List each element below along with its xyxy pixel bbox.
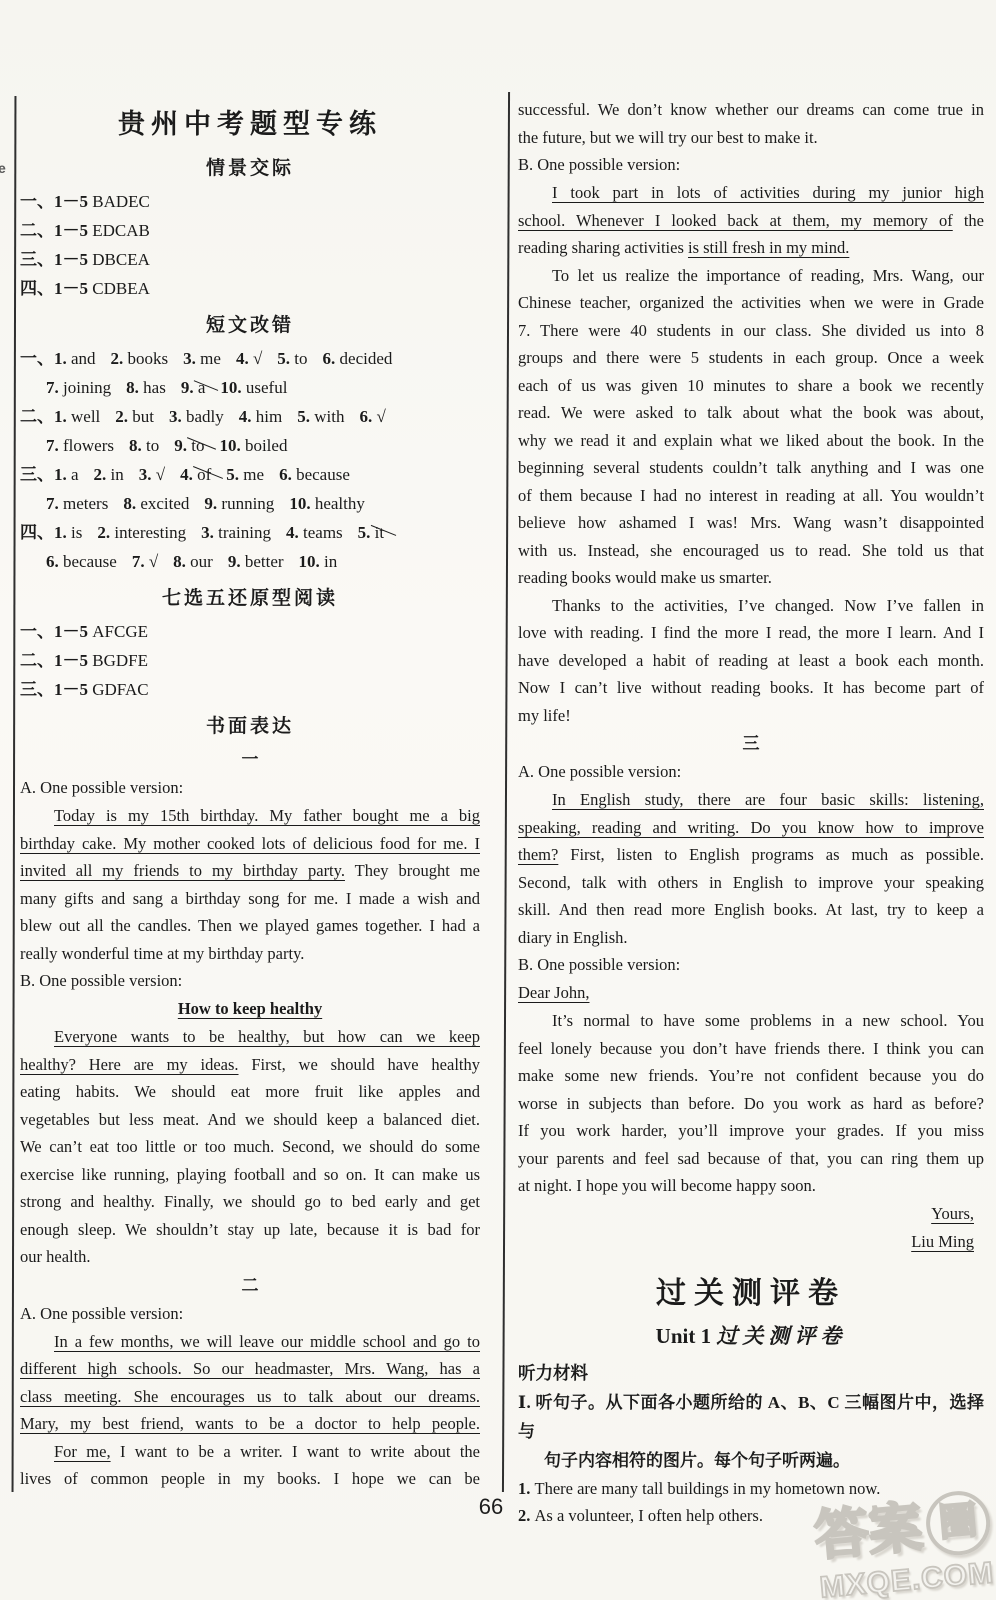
answer-lead: 三、1－5 — [20, 250, 88, 269]
text-line: It’s normal to have some problems in a n… — [518, 1007, 984, 1035]
text-line: Mary, my best friend, wants to be a doct… — [20, 1410, 480, 1438]
text-line: If you work harder, you’ll improve your … — [518, 1117, 984, 1145]
correction-item: 3. training — [201, 518, 271, 547]
text-run: For me, — [54, 1442, 111, 1461]
salutation-line: Dear John, — [518, 979, 984, 1007]
text-run: the future, but we will try our best to … — [518, 128, 818, 147]
left-column: 贵州中考题型专练情景交际一、1－5 BADEC二、1－5 EDCAB三、1－5 … — [20, 100, 480, 1493]
essay-index-heading: 一 — [20, 745, 480, 774]
text-line: We can’t eat too little or too much. Sec… — [20, 1133, 480, 1161]
answer-letters: BADEC — [88, 192, 150, 211]
text-run: I took part in lots of activities during… — [552, 183, 984, 202]
text-line: Today is my 15th birthday. My father bou… — [20, 802, 480, 830]
text-run: Chinese teacher, organized the activitie… — [518, 293, 984, 312]
text-run: really wonderful time at my birthday par… — [20, 944, 304, 963]
correction-item: 3. me — [183, 344, 221, 373]
text-run: Ⅰ. 听句子。从下面各小题所给的 A、B、C 三幅图片中，选择与 — [518, 1393, 984, 1441]
answer-lead: 一、1－5 — [20, 192, 88, 211]
text-line: school. Whenever I looked back at them, … — [518, 207, 984, 235]
unit-test-heading: Unit 1 过关测评卷 — [518, 1320, 984, 1350]
answer-lead: 一、1－5 — [20, 622, 88, 641]
text-line: worse in subjects than before. Do you wo… — [518, 1090, 984, 1118]
correction-item: 2. interesting — [97, 518, 186, 547]
item-number: 1. — [54, 523, 71, 542]
correction-item: 9. a — [181, 373, 206, 402]
text-line: strong and healthy. Finally, we should g… — [20, 1188, 480, 1216]
correction-answer-line: 三、1. a2. in3. √4. of5. me6. because — [20, 460, 480, 489]
text-run: skill. And then read more English books.… — [518, 900, 984, 919]
signature-text: Liu Ming — [911, 1232, 974, 1251]
text-line: our health. — [20, 1243, 480, 1271]
item-value: well — [71, 407, 100, 426]
text-run: speaking, reading and writing. Do you kn… — [518, 818, 984, 837]
item-value: interesting — [114, 523, 186, 542]
text-run: eating habits. We should eat more fruit … — [20, 1082, 480, 1101]
item-number: 4. — [286, 523, 303, 542]
text-run: diary in English. — [518, 928, 628, 947]
text-line: In English study, there are four basic s… — [518, 786, 984, 814]
item-number: 3. — [139, 465, 156, 484]
item-number: 7. — [46, 494, 63, 513]
item-value: to — [146, 436, 159, 455]
text-line: my life! — [518, 702, 984, 730]
version-label: A. One possible version: — [518, 758, 984, 786]
text-line: birthday cake. My mother cooked lots of … — [20, 830, 480, 858]
text-run: your parents and feel sad because of tha… — [518, 1149, 984, 1168]
item-value: our — [190, 552, 213, 571]
text-line: believe how ashamed I was! Mrs. Wang was… — [518, 509, 984, 537]
answer-letters: GDFAC — [88, 680, 149, 699]
item-number: 6. — [46, 552, 63, 571]
correction-item: 7. √ — [132, 547, 158, 576]
left-border-line — [12, 96, 17, 1492]
correction-item: 6. decided — [323, 344, 393, 373]
correction-item: 9. running — [204, 489, 274, 518]
item-number: 9. — [228, 552, 245, 571]
item-value: badly — [186, 407, 224, 426]
item-number: 1. — [54, 465, 71, 484]
text-line: For me, I want to be a writer. I want to… — [20, 1438, 480, 1466]
text-line: Everyone wants to be healthy, but how ca… — [20, 1023, 480, 1051]
signature-line: Yours, — [518, 1200, 984, 1228]
item-number: 2. — [94, 465, 111, 484]
item-number: 8. — [123, 494, 140, 513]
item-number: 7. — [46, 436, 63, 455]
text-line: feel lonely because you don’t have frien… — [518, 1035, 984, 1063]
text-line: 句子内容相符的图片。每个句子听两遍。 — [518, 1446, 984, 1475]
answer-letters: DBCEA — [88, 250, 150, 269]
text-run: Now I can’t live without reading books. … — [518, 678, 984, 697]
text-run: In English study, there are four basic s… — [552, 790, 984, 809]
text-line: many gifts and sang a birthday song for … — [20, 885, 480, 913]
correction-item: 7. meters — [46, 489, 108, 518]
item-value: √ — [156, 465, 165, 484]
correction-item: 1. and — [54, 344, 96, 373]
text-line: diary in English. — [518, 924, 984, 952]
text-line: Now I can’t live without reading books. … — [518, 674, 984, 702]
answer-lead: 四、1－5 — [20, 279, 88, 298]
text-run: them? — [518, 845, 558, 864]
text-run: In a few months, we will leave our middl… — [54, 1332, 480, 1351]
answer-lead: 二、 — [20, 407, 54, 426]
item-number: 7. — [132, 552, 149, 571]
item-value: has — [143, 378, 166, 397]
item-number: 6. — [323, 349, 340, 368]
text-run: many gifts and sang a birthday song for … — [20, 889, 480, 908]
section-heading: 七选五还原型阅读 — [20, 583, 480, 610]
text-run: I want to be a writer. I want to write a… — [111, 1442, 480, 1461]
item-value: to — [294, 349, 307, 368]
item-value: boiled — [245, 436, 288, 455]
answer-line: 三、1－5 GDFAC — [20, 675, 480, 704]
text-line: skill. And then read more English books.… — [518, 896, 984, 924]
correction-item: 4. √ — [236, 344, 262, 373]
text-run: vegetables but less meat. And we should … — [20, 1110, 480, 1129]
correction-item: 10. in — [299, 547, 338, 576]
correction-item: 8. has — [126, 373, 166, 402]
text-run: feel lonely because you don’t have frien… — [518, 1039, 984, 1058]
answer-lead: 三、1－5 — [20, 680, 88, 699]
correction-item: 3. badly — [169, 402, 224, 431]
correction-item: 2. in — [94, 460, 124, 489]
text-run: birthday cake. My mother cooked lots of … — [20, 834, 480, 853]
watermark-brand-text: 答案 — [812, 1497, 925, 1566]
item-value-struck: of — [197, 460, 211, 489]
text-run: healthy? Here are my ideas. — [20, 1055, 239, 1074]
section-heading: 短文改错 — [20, 310, 480, 337]
item-number: 10. — [219, 436, 245, 455]
answer-line: 一、1－5 AFCGE — [20, 617, 480, 646]
text-line: In a few months, we will leave our middl… — [20, 1328, 480, 1356]
version-label: B. One possible version: — [518, 151, 984, 179]
correction-answer-line: 7. meters8. excited9. running10. healthy — [20, 489, 480, 518]
text-run: class meeting. She encourages us to talk… — [20, 1387, 480, 1406]
item-number: 5. — [277, 349, 294, 368]
correction-item: 10. healthy — [289, 489, 365, 518]
text-line: Chinese teacher, organized the activitie… — [518, 289, 984, 317]
answer-line: 四、1－5 CDBEA — [20, 274, 480, 303]
text-run: is still fresh in my mind. — [688, 238, 849, 257]
version-label: B. One possible version: — [20, 967, 480, 995]
text-run: invited all my friends to my birthday pa… — [20, 861, 345, 880]
item-value-struck: a — [198, 373, 206, 402]
text-run: To let us realize the importance of read… — [552, 266, 984, 285]
answer-line: 三、1－5 DBCEA — [20, 245, 480, 274]
correction-item: 1. a — [54, 460, 79, 489]
text-run: exercise like running, playing football … — [20, 1165, 480, 1184]
text-run: each of us was given 10 minutes to share… — [518, 376, 984, 395]
correction-item: 6. because — [46, 547, 117, 576]
item-number: 4. — [239, 407, 256, 426]
item-number: 6. — [359, 407, 376, 426]
text-line: groups and there were 5 students in each… — [518, 344, 984, 372]
text-run: why we read it and explain what we liked… — [518, 431, 984, 450]
version-label: B. One possible version: — [518, 951, 984, 979]
text-run: strong and healthy. Finally, we should g… — [20, 1192, 480, 1211]
item-number: 9. — [204, 494, 221, 513]
answer-lead: 三、 — [20, 465, 54, 484]
text-line: healthy? Here are my ideas. First, we sh… — [20, 1051, 480, 1079]
text-line: 7. There were 40 students in our class. … — [518, 317, 984, 345]
item-number: 3. — [201, 523, 218, 542]
text-run: of them because I had no interest in rea… — [518, 486, 984, 505]
correction-answer-line: 一、1. and2. books3. me4. √5. to6. decided — [20, 344, 480, 373]
correction-item: 4. of — [180, 460, 211, 489]
item-value: decided — [340, 349, 393, 368]
text-line: lives of common people in my books. I ho… — [20, 1465, 480, 1493]
text-line: blew out all the candles. Then we played… — [20, 912, 480, 940]
correction-item: 5. me — [226, 460, 264, 489]
item-number: 5. — [226, 465, 243, 484]
item-value: books — [128, 349, 169, 368]
text-line: love with reading. I find the more I rea… — [518, 619, 984, 647]
unit-label: Unit 1 — [656, 1324, 717, 1348]
text-run: 7. There were 40 students in our class. … — [518, 321, 984, 340]
item-number: 8. — [126, 378, 143, 397]
text-line: read. We were asked to talk about what t… — [518, 399, 984, 427]
right-column: successful. We don’t know whether our dr… — [518, 96, 984, 1530]
correction-answer-line: 7. joining8. has9. a10. useful — [20, 373, 480, 402]
text-run: believe how ashamed I was! Mrs. Wang was… — [518, 513, 984, 532]
version-label: A. One possible version: — [20, 774, 480, 802]
correction-item: 1. is — [54, 518, 82, 547]
answer-letters: AFCGE — [88, 622, 148, 641]
text-line: reading sharing activities is still fres… — [518, 234, 984, 262]
text-line: successful. We don’t know whether our dr… — [518, 96, 984, 124]
text-line: your parents and feel sad because of tha… — [518, 1145, 984, 1173]
text-run: If you work harder, you’ll improve your … — [518, 1121, 984, 1140]
item-value: in — [111, 465, 124, 484]
text-run: Mary, my best friend, wants to be a doct… — [20, 1414, 480, 1433]
item-value: him — [256, 407, 282, 426]
item-value: because — [63, 552, 117, 571]
correction-item: 2. but — [115, 402, 154, 431]
item-value: a — [71, 465, 79, 484]
text-run: different high schools. So our headmaste… — [20, 1359, 480, 1378]
text-run: my life! — [518, 706, 571, 725]
item-value: better — [245, 552, 284, 571]
correction-item: 5. it — [358, 518, 384, 547]
item-value: √ — [253, 349, 262, 368]
text-line: Second, talk with others in English to i… — [518, 869, 984, 897]
text-line: invited all my friends to my birthday pa… — [20, 857, 480, 885]
item-value: √ — [149, 552, 158, 571]
salutation-text: Dear John, — [518, 983, 589, 1002]
correction-answer-line: 二、1. well2. but3. badly4. him5. with6. √ — [20, 402, 480, 431]
answer-letters: CDBEA — [88, 279, 150, 298]
text-line: of them because I had no interest in rea… — [518, 482, 984, 510]
correction-item: 6. √ — [359, 402, 385, 431]
text-line: beginning several students couldn’t talk… — [518, 454, 984, 482]
text-line: speaking, reading and writing. Do you kn… — [518, 814, 984, 842]
item-number: 1. — [54, 349, 71, 368]
text-run: Second, talk with others in English to i… — [518, 873, 984, 892]
text-line: with us. Instead, she encouraged us to r… — [518, 537, 984, 565]
text-line: class meeting. She encourages us to talk… — [20, 1383, 480, 1411]
listening-material-label: 听力材料 — [518, 1358, 984, 1388]
answer-line: 二、1－5 EDCAB — [20, 216, 480, 245]
text-run: reading sharing activities — [518, 238, 688, 257]
item-value-struck: it — [375, 518, 384, 547]
item-number: 10. — [220, 378, 246, 397]
item-number: 10. — [289, 494, 315, 513]
item-value: healthy — [315, 494, 365, 513]
item-number: 1. — [54, 407, 71, 426]
text-run: read. We were asked to talk about what t… — [518, 403, 984, 422]
text-line: Thanks to the activities, I’ve changed. … — [518, 592, 984, 620]
item-value: but — [132, 407, 154, 426]
answer-lead: 四、 — [20, 523, 54, 542]
answer-letters: EDCAB — [88, 221, 150, 240]
answer-line: 二、1－5 BGDFE — [20, 646, 480, 675]
answer-lead: 二、1－5 — [20, 651, 88, 670]
text-run: successful. We don’t know whether our dr… — [518, 100, 984, 119]
text-run: It’s normal to have some problems in a n… — [552, 1011, 984, 1030]
correction-answer-line: 6. because7. √8. our9. better10. in — [20, 547, 480, 576]
text-line: really wonderful time at my birthday par… — [20, 940, 480, 968]
text-line: have developed a habit of reading at lea… — [518, 647, 984, 675]
item-value: is — [71, 523, 82, 542]
text-run: Everyone wants to be healthy, but how ca… — [54, 1027, 480, 1046]
text-line: reading books would make us smarter. — [518, 564, 984, 592]
signature-line: Liu Ming — [518, 1228, 984, 1256]
item-value: running — [221, 494, 274, 513]
correction-item: 6. because — [279, 460, 350, 489]
item-value: and — [71, 349, 96, 368]
item-value: √ — [376, 407, 385, 426]
item-number: 8. — [129, 436, 146, 455]
text-line: make some new friends. You’re not confid… — [518, 1062, 984, 1090]
text-run: at night. I hope you will become happy s… — [518, 1176, 816, 1195]
text-run: First, listen to English programs as muc… — [558, 845, 984, 864]
text-line: each of us was given 10 minutes to share… — [518, 372, 984, 400]
text-run: worse in subjects than before. Do you wo… — [518, 1094, 984, 1113]
answer-lead: 二、1－5 — [20, 221, 88, 240]
correction-item: 8. excited — [123, 489, 189, 518]
item-value: in — [324, 552, 337, 571]
item-number: 6. — [279, 465, 296, 484]
item-number: 7. — [46, 378, 63, 397]
correction-item: 5. with — [297, 402, 344, 431]
correction-item: 1. well — [54, 402, 100, 431]
answer-letters: BGDFE — [88, 651, 148, 670]
text-line: eating habits. We should eat more fruit … — [20, 1078, 480, 1106]
correction-item: 3. √ — [139, 460, 165, 489]
text-line: I took part in lots of activities during… — [518, 179, 984, 207]
correction-item: 8. our — [173, 547, 213, 576]
text-line: them? First, listen to English programs … — [518, 841, 984, 869]
item-value: meters — [63, 494, 108, 513]
text-line: at night. I hope you will become happy s… — [518, 1172, 984, 1200]
text-run: reading books would make us smarter. — [518, 568, 772, 587]
signature-text: Yours, — [931, 1204, 974, 1223]
text-run: Today is my 15th birthday. My father bou… — [54, 806, 480, 825]
item-number: 2. — [97, 523, 114, 542]
item-number: 4. — [236, 349, 253, 368]
text-line: vegetables but less meat. And we should … — [20, 1106, 480, 1134]
column-divider-line — [502, 92, 510, 1492]
item-value: me — [200, 349, 221, 368]
text-run: lives of common people in my books. I ho… — [20, 1469, 480, 1488]
item-number: 3. — [169, 407, 186, 426]
correction-item: 8. to — [129, 431, 159, 460]
item-number: 5. — [297, 407, 314, 426]
text-line: enough sleep. We shouldn’t stay up late,… — [20, 1216, 480, 1244]
text-run: They brought me — [345, 861, 480, 880]
item-number: 10. — [299, 552, 325, 571]
item-value: flowers — [63, 436, 114, 455]
text-run: the — [953, 211, 984, 230]
correction-answer-line: 7. flowers8. to9. to10. boiled — [20, 431, 480, 460]
text-run: have developed a habit of reading at lea… — [518, 651, 984, 670]
text-run: Thanks to the activities, I’ve changed. … — [552, 596, 984, 615]
section-heading: 情景交际 — [20, 153, 480, 180]
item-value: teams — [303, 523, 343, 542]
item-value: me — [243, 465, 264, 484]
text-run: love with reading. I find the more I rea… — [518, 623, 984, 642]
text-run: First, we should have healthy — [239, 1055, 480, 1074]
text-run: our health. — [20, 1247, 91, 1266]
test-section-title: 过关测评卷 — [518, 1268, 984, 1312]
correction-item: 4. teams — [286, 518, 343, 547]
item-value: with — [314, 407, 344, 426]
correction-item: 9. better — [228, 547, 284, 576]
text-line: why we read it and explain what we liked… — [518, 427, 984, 455]
answer-line: 一、1－5 BADEC — [20, 187, 480, 216]
text-run: We can’t eat too little or too much. Sec… — [20, 1137, 480, 1156]
essay-index-heading: 二 — [20, 1271, 480, 1300]
text-run: beginning several students couldn’t talk… — [518, 458, 984, 477]
section-heading: 书面表达 — [20, 711, 480, 738]
text-run: school. Whenever I looked back at them, … — [518, 211, 953, 230]
item-number: 2. — [115, 407, 132, 426]
item-value: training — [218, 523, 271, 542]
item-number: 8. — [173, 552, 190, 571]
watermark-circle-glyph: 圈 — [923, 1489, 992, 1558]
essay-title-text: How to keep healthy — [178, 999, 322, 1018]
essay-title: How to keep healthy — [20, 995, 480, 1023]
item-value: because — [296, 465, 350, 484]
correction-item: 9. to — [174, 431, 204, 460]
correction-item: 7. flowers — [46, 431, 114, 460]
item-number: 2. — [111, 349, 128, 368]
answer-lead: 一、 — [20, 349, 54, 368]
text-line: the future, but we will try our best to … — [518, 124, 984, 152]
text-run: groups and there were 5 students in each… — [518, 348, 984, 367]
watermark: 答案圈 MXQE.COM — [812, 1489, 996, 1600]
item-value: useful — [246, 378, 288, 397]
page-main-title: 贵州中考题型专练 — [20, 102, 480, 141]
text-run: make some new friends. You’re not confid… — [518, 1066, 984, 1085]
correction-item: 7. joining — [46, 373, 111, 402]
page-edge-cut-character: e — [0, 160, 6, 176]
text-run: 句子内容相符的图片。每个句子听两遍。 — [544, 1451, 850, 1470]
text-line: Ⅰ. 听句子。从下面各小题所给的 A、B、C 三幅图片中，选择与 — [518, 1388, 984, 1446]
text-line: different high schools. So our headmaste… — [20, 1355, 480, 1383]
item-value: excited — [140, 494, 189, 513]
text-line: exercise like running, playing football … — [20, 1161, 480, 1189]
item-value: joining — [63, 378, 111, 397]
text-run: enough sleep. We shouldn’t stay up late,… — [20, 1220, 480, 1239]
correction-item: 5. to — [277, 344, 307, 373]
correction-item: 4. him — [239, 402, 282, 431]
essay-index-heading: 三 — [518, 729, 984, 758]
item-number: 3. — [183, 349, 200, 368]
correction-item: 10. useful — [220, 373, 287, 402]
unit-cn-label: 过关测评卷 — [716, 1324, 846, 1348]
version-label: A. One possible version: — [20, 1300, 480, 1328]
text-line: To let us realize the importance of read… — [518, 262, 984, 290]
